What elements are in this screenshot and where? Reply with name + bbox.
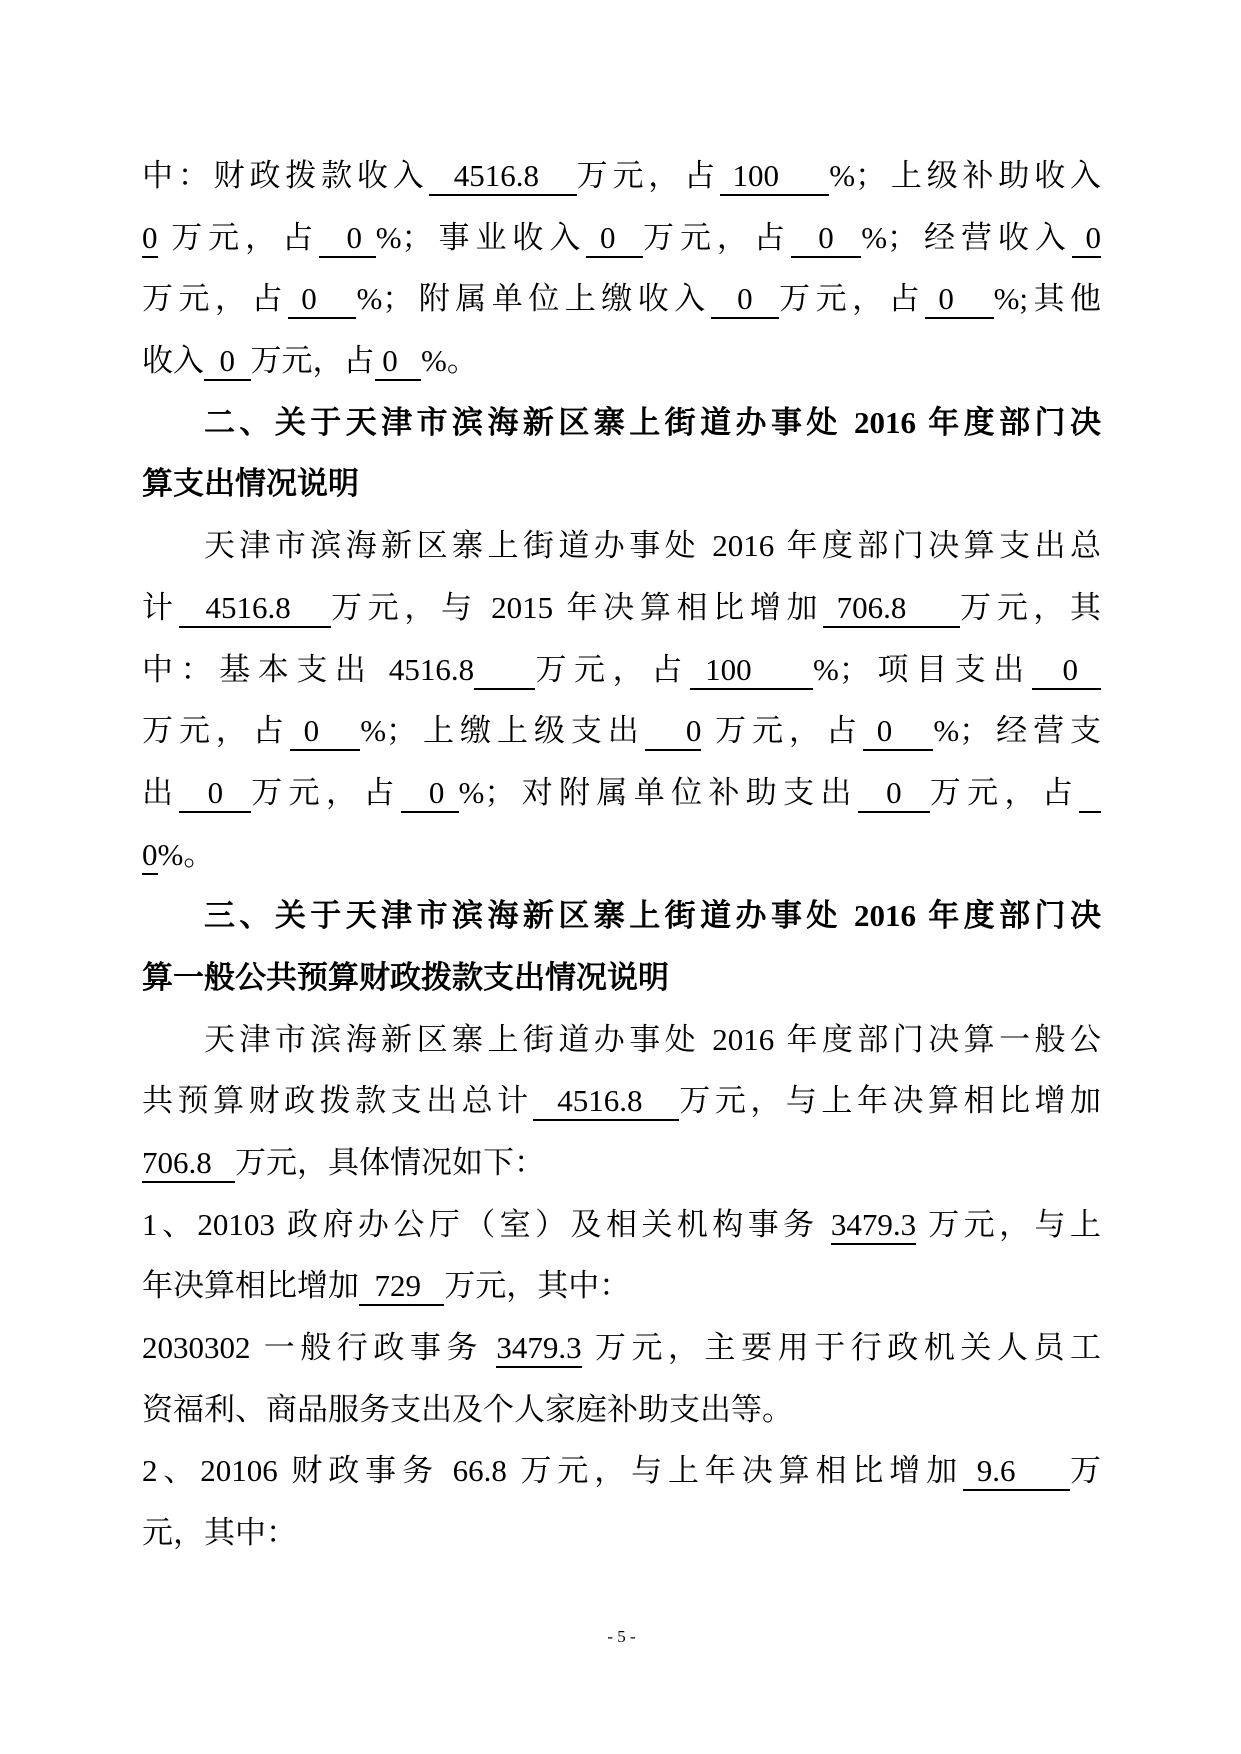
text-run: 2030302 一般行政事务 bbox=[142, 1330, 496, 1365]
text-run: %；附属单位上缴收入 bbox=[356, 281, 710, 316]
underlined-blank-value: 0 bbox=[290, 713, 360, 751]
text-run: %；经营收入 bbox=[861, 220, 1072, 255]
underlined-blank-value: 4516.8 bbox=[179, 590, 331, 628]
text-run: %；事业收入 bbox=[376, 220, 587, 255]
text-run: 万元，占 bbox=[779, 281, 925, 316]
text-line: 0 万元，占 0 %；事业收入 0 万元，占 0 %；经营收入 0 bbox=[142, 207, 1101, 269]
text-line: 收入 0 万元，占 0 %。 bbox=[142, 330, 1101, 392]
text-run: 万元，占 bbox=[251, 775, 400, 810]
text-run: 年决算相比增加 bbox=[142, 1268, 359, 1303]
text-run: %；项目支出 bbox=[813, 652, 1032, 687]
text-run: 算一般公共预算财政拨款支出情况说明 bbox=[142, 960, 669, 995]
text-run: 出 bbox=[142, 775, 179, 810]
text-run: %；经营支 bbox=[933, 713, 1101, 748]
text-run: 万元，主要用于行政机关人员工 bbox=[582, 1330, 1101, 1365]
text-run: 万元，与 2015 年决算相比增加 bbox=[331, 590, 823, 625]
text-run: 元，其中： bbox=[142, 1515, 297, 1550]
text-run: 万元，占 bbox=[643, 220, 791, 255]
document-page: 中：财政拨款收入 4516.8 万元，占 100 %；上级补助收入0 万元，占 … bbox=[0, 0, 1241, 1754]
underlined-blank-value: 706.8 bbox=[142, 1145, 235, 1183]
underlined-blank-value bbox=[1079, 775, 1101, 813]
text-run: 万元，占 bbox=[251, 343, 375, 378]
document-body: 中：财政拨款收入 4516.8 万元，占 100 %；上级补助收入0 万元，占 … bbox=[142, 145, 1101, 1564]
underlined-blank-value: 0 bbox=[925, 281, 993, 319]
underlined-blank-value: 0 bbox=[863, 713, 933, 751]
text-line: 中：财政拨款收入 4516.8 万元，占 100 %；上级补助收入 bbox=[142, 145, 1101, 207]
underlined-blank-value: 0 bbox=[401, 775, 459, 813]
underlined-blank-value bbox=[474, 652, 535, 690]
underlined-blank-value: 9.6 bbox=[963, 1453, 1070, 1491]
text-run: %；上级补助收入 bbox=[829, 158, 1101, 193]
heading-line: 算支出情况说明 bbox=[142, 453, 1101, 515]
text-run: 万 bbox=[1070, 1453, 1101, 1488]
text-line: 年决算相比增加 729 万元，其中： bbox=[142, 1255, 1101, 1317]
text-run: %；对附属单位补助支出 bbox=[459, 775, 858, 810]
text-line: 万元，占 0 %；附属单位上缴收入 0 万元，占 0 %;其他 bbox=[142, 268, 1101, 330]
heading-line: 二、关于天津市滨海新区寨上街道办事处 2016 年度部门决 bbox=[142, 392, 1101, 454]
page-number: - 5 - bbox=[607, 1627, 635, 1646]
heading-line: 三、关于天津市滨海新区寨上街道办事处 2016 年度部门决 bbox=[142, 885, 1101, 947]
underlined-blank-value: 0 bbox=[791, 220, 861, 258]
text-run: %。 bbox=[421, 343, 478, 378]
underlined-blank-value: 100 bbox=[720, 158, 829, 196]
text-run: 1、20103 政府办公厅（室）及相关机构事务 bbox=[142, 1207, 831, 1242]
text-run: 万元，占 bbox=[577, 158, 720, 193]
underlined-blank-value: 0 bbox=[204, 343, 251, 381]
text-run: 万元，占 bbox=[142, 281, 288, 316]
underlined-blank-value: 0 bbox=[586, 220, 643, 258]
text-run: 计 bbox=[142, 590, 179, 625]
text-line: 万元，占 0 %；上缴上级支出 0 万元，占 0 %；经营支 bbox=[142, 700, 1101, 762]
text-run: 算支出情况说明 bbox=[142, 466, 359, 501]
underlined-blank-value: 3479.3 bbox=[496, 1330, 581, 1368]
underlined-blank-value: 0 bbox=[645, 713, 702, 751]
text-run: 万元，具体情况如下： bbox=[235, 1145, 545, 1180]
text-line: 2030302 一般行政事务 3479.3 万元，主要用于行政机关人员工 bbox=[142, 1317, 1101, 1379]
underlined-blank-value: 0 bbox=[288, 281, 356, 319]
page-footer: - 5 - bbox=[142, 1622, 1101, 1652]
underlined-blank-value: 4516.8 bbox=[429, 158, 577, 196]
text-line: 0%。 bbox=[142, 824, 1101, 886]
underlined-blank-value: 3479.3 bbox=[831, 1207, 916, 1245]
text-run: 三、关于天津市滨海新区寨上街道办事处 2016 年度部门决 bbox=[204, 898, 1101, 933]
text-line: 元，其中： bbox=[142, 1502, 1101, 1564]
underlined-blank-value: 0 bbox=[179, 775, 251, 813]
text-run: 万元，占 bbox=[142, 713, 290, 748]
text-line: 出 0 万元，占 0 %；对附属单位补助支出 0 万元，占 bbox=[142, 762, 1101, 824]
heading-line: 算一般公共预算财政拨款支出情况说明 bbox=[142, 947, 1101, 1009]
text-run: %；上缴上级支出 bbox=[360, 713, 645, 748]
text-run: 天津市滨海新区寨上街道办事处 2016 年度部门决算一般公 bbox=[204, 1022, 1101, 1057]
text-line: 计 4516.8 万元，与 2015 年决算相比增加 706.8 万元，其 bbox=[142, 577, 1101, 639]
text-line: 共预算财政拨款支出总计 4516.8 万元，与上年决算相比增加 bbox=[142, 1070, 1101, 1132]
text-run: 万元，占 bbox=[535, 652, 689, 687]
text-run: 天津市滨海新区寨上街道办事处 2016 年度部门决算支出总 bbox=[204, 528, 1101, 563]
text-line: 中：基本支出 4516.8 万元，占 100 %；项目支出 0 bbox=[142, 639, 1101, 701]
underlined-blank-value: 706.8 bbox=[823, 590, 960, 628]
underlined-blank-value: 0 bbox=[142, 220, 158, 258]
text-line: 资福利、商品服务支出及个人家庭补助支出等。 bbox=[142, 1379, 1101, 1441]
underlined-blank-value: 100 bbox=[690, 652, 813, 690]
underlined-blank-value: 0 bbox=[858, 775, 930, 813]
text-run: %;其他 bbox=[994, 281, 1101, 316]
text-run: 万元，与上 bbox=[916, 1207, 1101, 1242]
text-run: 万元，占 bbox=[930, 775, 1079, 810]
underlined-blank-value: 4516.8 bbox=[533, 1083, 680, 1121]
text-line: 天津市滨海新区寨上街道办事处 2016 年度部门决算支出总 bbox=[142, 515, 1101, 577]
text-run: 万元，占 bbox=[701, 713, 863, 748]
text-run: 资福利、商品服务支出及个人家庭补助支出等。 bbox=[142, 1392, 793, 1427]
text-run: 共预算财政拨款支出总计 bbox=[142, 1083, 533, 1118]
text-run: %。 bbox=[158, 837, 215, 872]
text-run: 万元，其中： bbox=[444, 1268, 630, 1303]
text-run: 万元，占 bbox=[158, 220, 320, 255]
text-line: 1、20103 政府办公厅（室）及相关机构事务 3479.3 万元，与上 bbox=[142, 1194, 1101, 1256]
underlined-blank-value: 0 bbox=[711, 281, 779, 319]
underlined-blank-value: 0 bbox=[375, 343, 422, 381]
text-line: 2、20106 财政事务 66.8 万元，与上年决算相比增加 9.6 万 bbox=[142, 1440, 1101, 1502]
text-run: 中：基本支出 4516.8 bbox=[142, 652, 474, 687]
text-run: 万元，其 bbox=[960, 590, 1101, 625]
text-line: 706.8 万元，具体情况如下： bbox=[142, 1132, 1101, 1194]
text-run: 万元，与上年决算相比增加 bbox=[679, 1083, 1101, 1118]
text-run: 2、20106 财政事务 66.8 万元，与上年决算相比增加 bbox=[142, 1453, 963, 1488]
text-line: 天津市滨海新区寨上街道办事处 2016 年度部门决算一般公 bbox=[142, 1009, 1101, 1071]
underlined-blank-value: 0 bbox=[142, 837, 158, 875]
underlined-blank-value: 0 bbox=[1032, 652, 1101, 690]
text-run: 二、关于天津市滨海新区寨上街道办事处 2016 年度部门决 bbox=[204, 405, 1101, 440]
text-run: 中：财政拨款收入 bbox=[142, 158, 429, 193]
text-run: 收入 bbox=[142, 343, 204, 378]
underlined-blank-value: 729 bbox=[359, 1268, 444, 1306]
underlined-blank-value: 0 bbox=[1072, 220, 1101, 258]
underlined-blank-value: 0 bbox=[319, 220, 376, 258]
